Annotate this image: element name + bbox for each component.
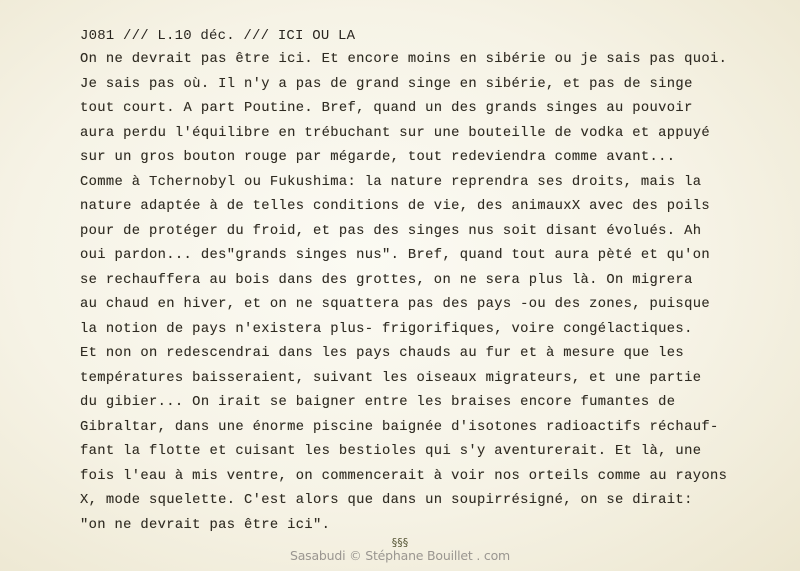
document-header: J081 /// L.10 déc. /// ICI OU LA (80, 24, 780, 48)
text-line: tout court. A part Poutine. Bref, quand … (80, 97, 780, 122)
text-line: sur un gros bouton rouge par mégarde, to… (80, 146, 780, 171)
text-line: X, mode squelette. C'est alors que dans … (80, 489, 780, 514)
text-line: Et non on redescendrai dans les pays cha… (80, 342, 780, 367)
document-body: On ne devrait pas être ici. Et encore mo… (80, 48, 780, 538)
text-line: On ne devrait pas être ici. Et encore mo… (80, 48, 780, 73)
text-line: nature adaptée à de telles conditions de… (80, 195, 780, 220)
typewritten-page: J081 /// L.10 déc. /// ICI OU LA On ne d… (80, 24, 780, 538)
watermark-credit: Sasabudi © Stéphane Bouillet . com (0, 548, 800, 563)
text-line: fois l'eau à mis ventre, on commencerait… (80, 465, 780, 490)
text-line: fant la flotte et cuisant les bestioles … (80, 440, 780, 465)
text-line: Je sais pas où. Il n'y a pas de grand si… (80, 73, 780, 98)
text-line: Comme à Tchernobyl ou Fukushima: la natu… (80, 171, 780, 196)
text-line: "on ne devrait pas être ici". (80, 514, 780, 539)
text-line: Gibraltar, dans une énorme piscine baign… (80, 416, 780, 441)
text-line: du gibier... On irait se baigner entre l… (80, 391, 780, 416)
text-line: aura perdu l'équilibre en trébuchant sur… (80, 122, 780, 147)
text-line: au chaud en hiver, et on ne squattera pa… (80, 293, 780, 318)
text-line: pour de protéger du froid, et pas des si… (80, 220, 780, 245)
text-line: se rechauffera au bois dans des grottes,… (80, 269, 780, 294)
text-line: la notion de pays n'existera plus- frigo… (80, 318, 780, 343)
text-line: températures baisseraient, suivant les o… (80, 367, 780, 392)
text-line: oui pardon... des"grands singes nus". Br… (80, 244, 780, 269)
